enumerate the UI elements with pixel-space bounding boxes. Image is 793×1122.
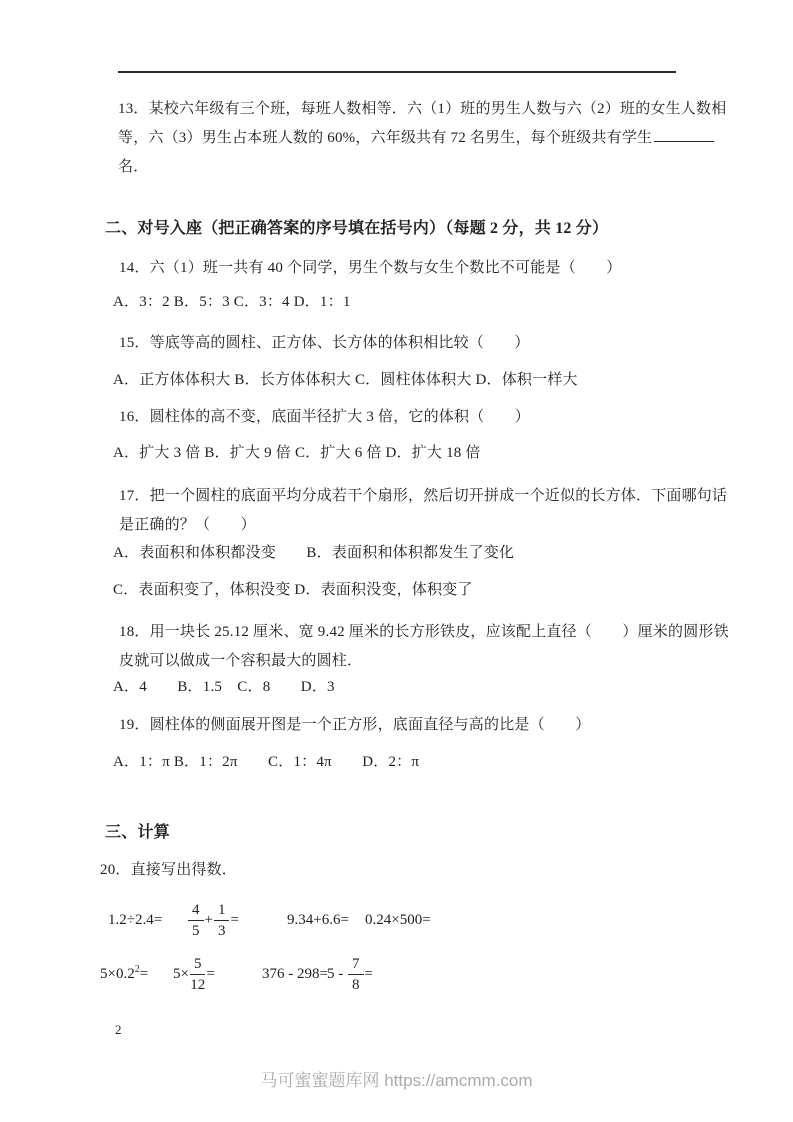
section-3-title: 三、计算 bbox=[105, 823, 170, 843]
question-18-line2: 皮就可以做成一个容积最大的圆柱． bbox=[119, 647, 729, 676]
fraction-1-3: 13 bbox=[214, 901, 230, 940]
question-13-line3: 名． bbox=[118, 153, 726, 182]
question-20: 20．直接写出得数． bbox=[100, 860, 237, 880]
answer-blank bbox=[654, 127, 714, 142]
expr-1-2-div-2-4: 1.2÷2.4= bbox=[108, 897, 162, 943]
fraction-7-8: 78 bbox=[348, 955, 364, 994]
question-19-options: A．1：π B．1：2π C．1：4π D．2：π bbox=[113, 752, 419, 772]
expr-frac-sum: 45+13= bbox=[187, 897, 239, 943]
question-16: 16．圆柱体的高不变，底面半径扩大 3 倍，它的体积（ ） bbox=[119, 407, 530, 427]
question-18-options: A．4 B．1.5 C．8 D．3 bbox=[113, 677, 335, 697]
question-14: 14．六（1）班一共有 40 个同学，男生个数与女生个数比不可能是（ ） bbox=[119, 258, 621, 278]
expr-5-times-5-12: 5×512= bbox=[173, 951, 215, 997]
expr-9-34-plus-6-6: 9.34+6.6= bbox=[287, 897, 349, 943]
question-14-options: A．3：2 B．5：3 C．3：4 D．1：1 bbox=[113, 292, 351, 312]
equals-sign: = bbox=[230, 912, 238, 929]
question-13: 13．某校六年级有三个班，每班人数相等．六（1）班的男生人数与六（2）班的女生人… bbox=[118, 95, 726, 182]
exam-page: 13．某校六年级有三个班，每班人数相等．六（1）班的男生人数与六（2）班的女生人… bbox=[0, 0, 793, 1122]
fraction-5-12: 512 bbox=[190, 955, 206, 994]
question-18: 18．用一块长 25.12 厘米、宽 9.42 厘米的长方形铁皮，应该配上直径（… bbox=[119, 618, 729, 676]
expr-376-minus-298: 376 - 298= bbox=[262, 951, 328, 997]
expr-5-minus-7-8: 5 - 78= bbox=[327, 951, 373, 997]
page-number: 2 bbox=[115, 1022, 122, 1038]
expr-0-24-times-500: 0.24×500= bbox=[365, 897, 431, 943]
question-13-line1: 13．某校六年级有三个班，每班人数相等．六（1）班的男生人数与六（2）班的女生人… bbox=[118, 95, 726, 124]
question-18-line1: 18．用一块长 25.12 厘米、宽 9.42 厘米的长方形铁皮，应该配上直径（… bbox=[119, 618, 729, 647]
question-17-line1: 17．把一个圆柱的底面平均分成若干个扇形，然后切开拼成一个近似的长方体．下面哪句… bbox=[119, 482, 727, 511]
footer-site-credit: 马可蜜蜜题库网 https://amcmm.com bbox=[0, 1066, 793, 1091]
question-17-options-ab: A．表面积和体积都没变 B．表面积和体积都发生了变化 bbox=[113, 543, 514, 563]
fraction-4-5: 45 bbox=[188, 901, 204, 940]
expr-5-times-0-2-squared: 5×0.22= bbox=[100, 951, 148, 997]
calc-row-1: 1.2÷2.4= 45+13= 9.34+6.6= 0.24×500= bbox=[108, 897, 668, 943]
question-19: 19．圆柱体的侧面展开图是一个正方形，底面直径与高的比是（ ） bbox=[119, 715, 590, 735]
plus-sign: + bbox=[205, 912, 213, 929]
question-16-options: A．扩大 3 倍 B．扩大 9 倍 C．扩大 6 倍 D．扩大 18 倍 bbox=[113, 443, 481, 463]
exponent: 2 bbox=[135, 965, 140, 975]
question-17-options-cd: C．表面积变了，体积没变 D．表面积没变，体积变了 bbox=[113, 580, 473, 600]
header-rule bbox=[118, 71, 676, 73]
question-15-options: A．正方体体积大 B．长方体体积大 C．圆柱体体积大 D．体积一样大 bbox=[113, 370, 578, 390]
question-15: 15．等底等高的圆柱、正方体、长方体的体积相比较（ ） bbox=[119, 333, 530, 353]
calc-row-2: 5×0.22= 5×512= 376 - 298= 5 - 78= bbox=[100, 951, 660, 997]
question-17: 17．把一个圆柱的底面平均分成若干个扇形，然后切开拼成一个近似的长方体．下面哪句… bbox=[119, 482, 727, 540]
question-17-line2: 是正确的？（ ） bbox=[119, 511, 727, 540]
section-2-title: 二、对号入座（把正确答案的序号填在括号内）（每题 2 分，共 12 分） bbox=[105, 219, 608, 239]
question-13-line2: 等，六（3）男生占本班人数的 60%，六年级共有 72 名男生，每个班级共有学生 bbox=[118, 124, 726, 153]
